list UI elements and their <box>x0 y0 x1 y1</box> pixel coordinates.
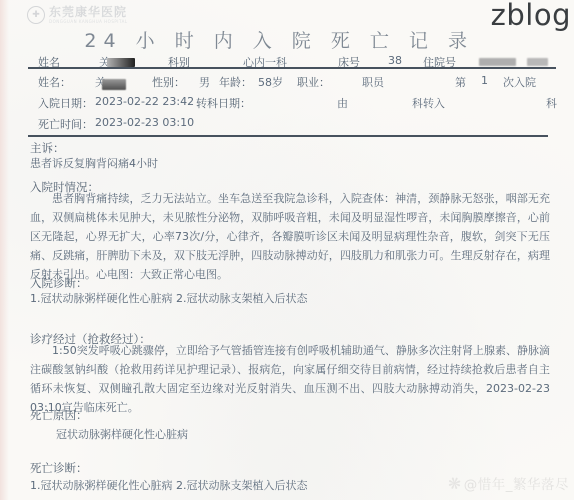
admission-diagnosis-text: 1.冠状动脉粥样硬化性心脏病 2.冠状动脉支架植入后状态 <box>30 290 308 306</box>
gender-label: 性别： <box>152 74 185 90</box>
death-time-value: 2023-02-23 03:10 <box>95 116 194 129</box>
treatment-text: 1:50突发呼吸心跳骤停，立即给予气管插管连接有创呼吸机辅助通气、静脉多次注射肾… <box>30 341 550 417</box>
chief-complaint-text: 患者诉反复胸背闷痛4小时 <box>30 155 158 171</box>
author-watermark: ❋ @惜年_繁华落尽 <box>448 473 569 493</box>
admission-condition-text: 患者胸背痛持续，乏力无法站立。坐车急送至我院急诊科，入院查体：神清，颈静脉无怒张… <box>30 189 550 284</box>
death-diagnosis-label: 死亡诊断： <box>30 460 88 476</box>
death-time-label: 死亡时间： <box>38 116 93 132</box>
redaction-name-1 <box>107 58 135 67</box>
name-label-2: 姓名： <box>38 74 71 90</box>
occupation-label: 职业： <box>297 74 330 90</box>
death-cause-text: 冠状动脉粥样硬化性心脏病 <box>56 426 188 442</box>
visit-prefix: 第 <box>455 74 466 90</box>
gender-value: 男 <box>199 74 210 90</box>
death-diagnosis-text: 1.冠状动脉粥样硬化性心脏病 2.冠状动脉支架植入后状态 <box>30 477 308 493</box>
admit-date-label: 入院日期： <box>38 95 93 111</box>
document-photo: zblog ✚ 东莞康华医院 DONGGUAN KANGHUA HOSPITAL… <box>0 0 574 500</box>
hospital-emblem-icon: ✚ <box>27 6 45 24</box>
transfer-date-label: 转科日期： <box>196 95 251 111</box>
transfer-label: 科转入 <box>412 95 445 111</box>
visit-suffix: 次入院 <box>503 74 536 90</box>
admission-diagnosis-label: 入院诊断： <box>30 275 88 291</box>
photo-left-edge <box>0 0 9 500</box>
hospital-name-en: DONGGUAN KANGHUA HOSPITAL <box>49 20 128 24</box>
hospital-logo: ✚ 东莞康华医院 DONGGUAN KANGHUA HOSPITAL <box>27 6 128 24</box>
redaction-admission-no-1 <box>479 58 516 66</box>
age-value: 58岁 <box>258 74 283 90</box>
admit-date-value: 2023-02-22 23:42 <box>95 95 194 108</box>
dandelion-icon: ❋ <box>445 472 465 495</box>
chief-complaint-label: 主诉： <box>30 140 65 156</box>
occupation-value: 职员 <box>362 74 384 90</box>
zblog-watermark: zblog <box>491 0 571 32</box>
page-title: 24 小 时 内 入 院 死 亡 记 录 <box>84 26 474 53</box>
bed-value: 38 <box>388 54 402 67</box>
transfer-from-label: 由 <box>337 95 348 111</box>
hospital-name-block: 东莞康华医院 DONGGUAN KANGHUA HOSPITAL <box>49 6 128 24</box>
header-rule <box>28 67 556 69</box>
visit-number: 1 <box>481 74 488 87</box>
redaction-admission-no-2 <box>527 58 548 66</box>
death-cause-label: 死亡原因： <box>30 407 88 423</box>
author-watermark-text: @惜年_繁华落尽 <box>464 473 569 493</box>
section-divider <box>28 135 548 137</box>
redaction-name-2 <box>102 79 126 90</box>
hospital-name: 东莞康华医院 <box>49 6 128 18</box>
age-label: 年龄： <box>219 74 252 90</box>
transfer-dept-suffix: 科 <box>546 95 557 111</box>
